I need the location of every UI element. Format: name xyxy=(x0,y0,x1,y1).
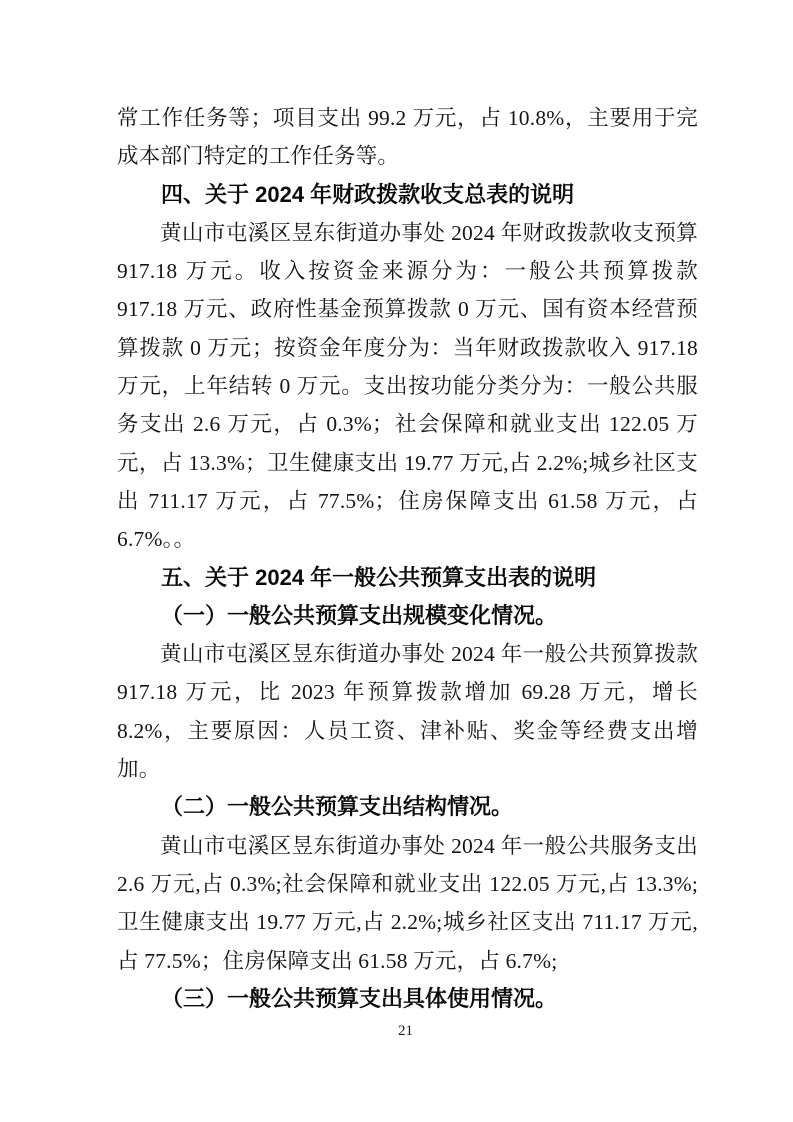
document-content: 常工作任务等；项目支出 99.2 万元，占 10.8%，主要用于完成本部门特定的… xyxy=(117,99,698,1018)
subheading-expense-specific-usage: （三）一般公共预算支出具体使用情况。 xyxy=(117,980,698,1018)
paragraph-fiscal-appropriation-summary: 黄山市屯溪区昱东街道办事处 2024 年财政拨款收支预算 917.18 万元。收… xyxy=(117,214,698,559)
subheading-expense-scale-change: （一）一般公共预算支出规模变化情况。 xyxy=(117,597,698,635)
heading-section-four-fiscal-appropriation-table: 四、关于 2024 年财政拨款收支总表的说明 xyxy=(117,176,698,214)
heading-section-five-public-budget-expense-table: 五、关于 2024 年一般公共预算支出表的说明 xyxy=(117,559,698,597)
page-number: 21 xyxy=(398,1023,413,1039)
paragraph-expense-structure-detail: 黄山市屯溪区昱东街道办事处 2024 年一般公共服务支出 2.6 万元,占 0.… xyxy=(117,827,698,980)
page-footer: 21 xyxy=(0,1022,793,1040)
subheading-expense-structure: （二）一般公共预算支出结构情况。 xyxy=(117,788,698,826)
document-page: 常工作任务等；项目支出 99.2 万元，占 10.8%，主要用于完成本部门特定的… xyxy=(0,0,793,1122)
paragraph-basic-expense-continuation: 常工作任务等；项目支出 99.2 万元，占 10.8%，主要用于完成本部门特定的… xyxy=(117,99,698,176)
paragraph-expense-scale-change-detail: 黄山市屯溪区昱东街道办事处 2024 年一般公共预算拨款 917.18 万元，比… xyxy=(117,635,698,788)
